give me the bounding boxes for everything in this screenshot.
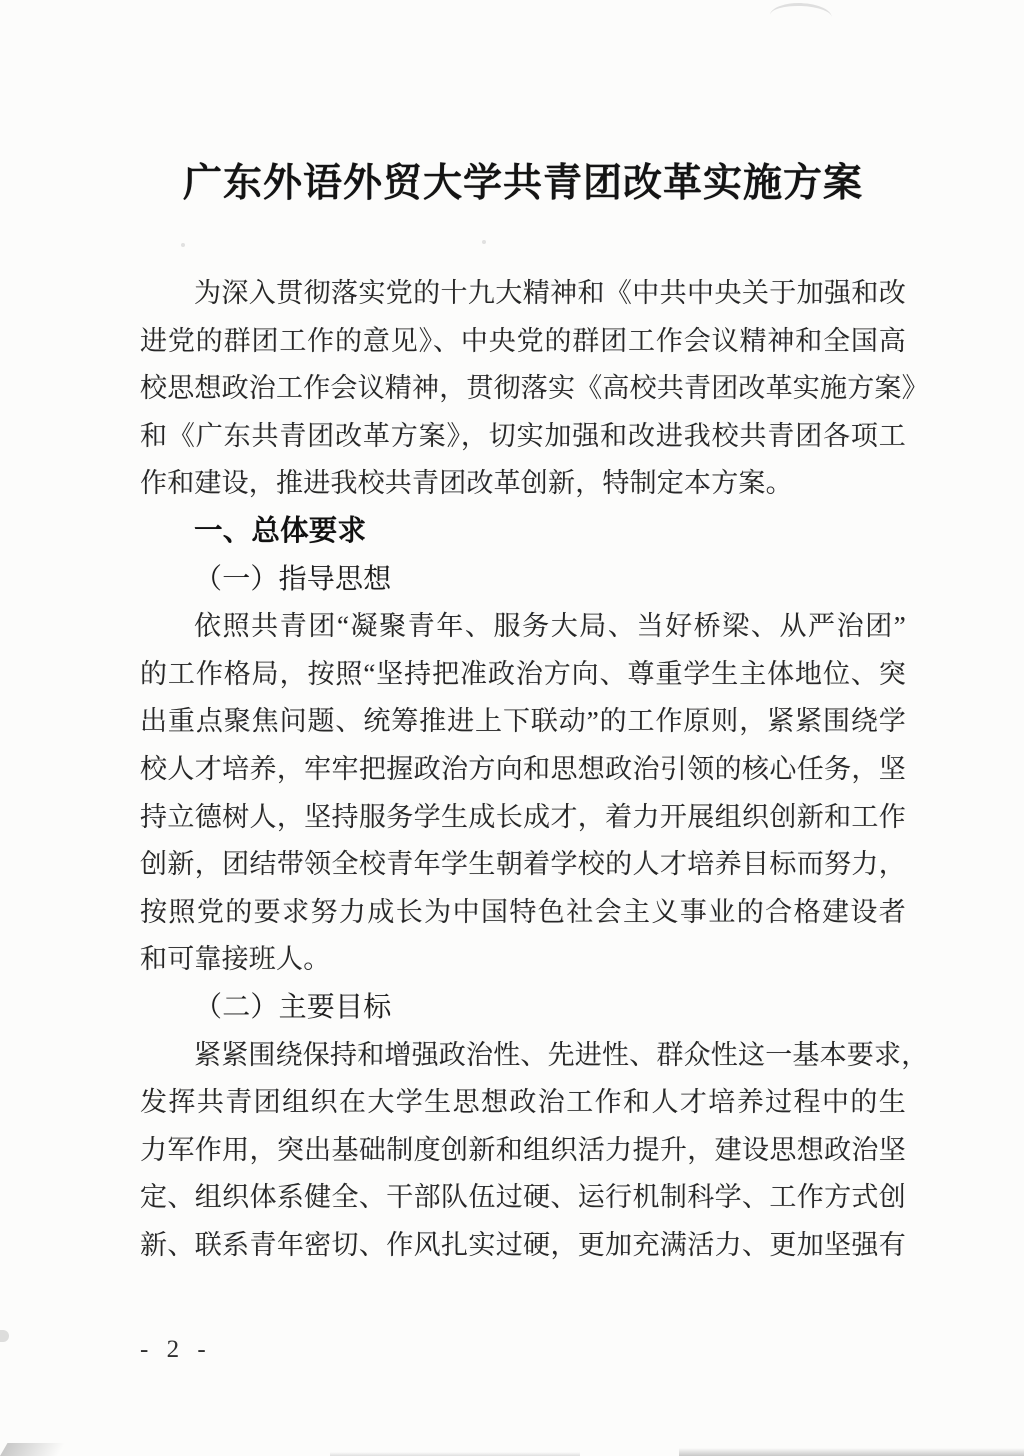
- subsection-heading-main-goals: （二）主要目标: [140, 984, 906, 1032]
- text-line: 校人才培养，牢牢把握政治方向和思想政治引领的核心任务，坚: [140, 746, 906, 794]
- text-line: 按照党的要求努力成长为中国特色社会主义事业的合格建设者: [140, 889, 906, 937]
- text-line: 为深入贯彻落实党的十九大精神和《中共中央关于加强和改: [140, 270, 906, 318]
- text-line: 力军作用，突出基础制度创新和组织活力提升，建设思想政治坚: [140, 1127, 906, 1175]
- text-line: 的工作格局，按照“坚持把准政治方向、尊重学生主体地位、突: [140, 651, 906, 699]
- scan-artifact-bottom-mid: [330, 1452, 580, 1456]
- scan-artifact-left-edge: [0, 1330, 9, 1342]
- scan-artifact-bottom-left: [0, 1443, 66, 1456]
- section-heading-overall-requirements: 一、总体要求: [140, 508, 906, 556]
- document-body: 为深入贯彻落实党的十九大精神和《中共中央关于加强和改 进党的群团工作的意见》、中…: [140, 270, 906, 1269]
- document-content: 广东外语外贸大学共青团改革实施方案 为深入贯彻落实党的十九大精神和《中共中央关于…: [140, 0, 906, 1269]
- scanned-document-page: 广东外语外贸大学共青团改革实施方案 为深入贯彻落实党的十九大精神和《中共中央关于…: [0, 0, 1024, 1456]
- text-line: 出重点聚焦问题、统筹推进上下联动”的工作原则，紧紧围绕学: [140, 698, 906, 746]
- text-line: 进党的群团工作的意见》、中央党的群团工作会议精神和全国高: [140, 318, 906, 366]
- text-line: 持立德树人，坚持服务学生成长成才，着力开展组织创新和工作: [140, 794, 906, 842]
- document-title: 广东外语外贸大学共青团改革实施方案: [140, 156, 906, 212]
- text-line: 作和建设，推进我校共青团改革创新，特制定本方案。: [140, 460, 906, 508]
- text-line: 新、联系青年密切、作风扎实过硬，更加充满活力、更加坚强有: [140, 1222, 906, 1270]
- text-line: 依照共青团“凝聚青年、服务大局、当好桥梁、从严治团”: [140, 603, 906, 651]
- text-line: 和《广东共青团改革方案》，切实加强和改进我校共青团各项工: [140, 413, 906, 461]
- text-line: 校思想政治工作会议精神，贯彻落实《高校共青团改革实施方案》: [140, 365, 906, 413]
- text-line: 发挥共青团组织在大学生思想政治工作和人才培养过程中的生: [140, 1079, 906, 1127]
- scan-artifact-bottom-shadow: [679, 1448, 1024, 1456]
- text-line: 创新，团结带领全校青年学生朝着学校的人才培养目标而努力，: [140, 841, 906, 889]
- text-line: 和可靠接班人。: [140, 936, 906, 984]
- text-line: 紧紧围绕保持和增强政治性、先进性、群众性这一基本要求，: [140, 1032, 906, 1080]
- page-number: - 2 -: [140, 1334, 212, 1366]
- text-line: 定、组织体系健全、干部队伍过硬、运行机制科学、工作方式创: [140, 1174, 906, 1222]
- subsection-heading-guiding-ideology: （一）指导思想: [140, 556, 906, 604]
